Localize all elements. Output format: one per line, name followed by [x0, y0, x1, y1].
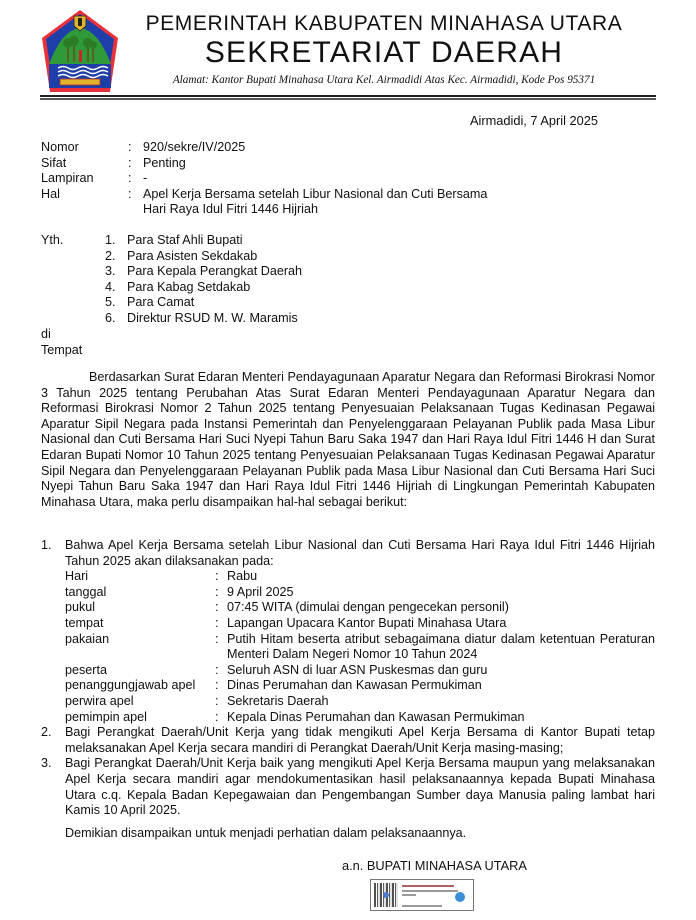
detail-row-pukul: pukul : 07:45 WITA (dimulai dengan penge…: [65, 600, 655, 616]
recipient-number: 3.: [105, 264, 127, 280]
detail-key: penanggungjawab apel: [65, 678, 215, 694]
regency-crest-logo: [40, 8, 120, 94]
meta-key: Lampiran: [41, 171, 128, 187]
detail-value: 9 April 2025: [227, 585, 655, 601]
recipient-name: Para Kepala Perangkat Daerah: [127, 264, 302, 280]
recipient-name: Para Kabag Setdakab: [127, 280, 250, 296]
detail-row-perwira: perwira apel : Sekretaris Daerah: [65, 694, 655, 710]
detail-sep: :: [215, 710, 227, 726]
letterhead-address: Alamat: Kantor Bupati Minahasa Utara Kel…: [120, 74, 648, 86]
recipient-tempat: Tempat: [41, 343, 82, 359]
detail-sep: :: [215, 585, 227, 601]
meta-sep: :: [128, 140, 143, 156]
esign-text-line: [402, 885, 454, 887]
recipient-number: 6.: [105, 311, 127, 327]
recipient-name: Para Camat: [127, 295, 194, 311]
subject-line-2: Hari Raya Idul Fitri 1446 Hijriah: [143, 202, 318, 216]
recipient-row: 4. Para Kabag Setdakab: [41, 280, 661, 296]
meta-value: -: [143, 171, 661, 187]
detail-row-tanggal: tanggal : 9 April 2025: [65, 585, 655, 601]
recipient-location: di Tempat: [41, 327, 82, 358]
detail-row-penanggungjawab: penanggungjawab apel : Dinas Perumahan d…: [65, 678, 655, 694]
meta-row-hal: Hal : Apel Kerja Bersama setelah Libur N…: [41, 187, 661, 218]
detail-sep: :: [215, 600, 227, 616]
detail-key: tanggal: [65, 585, 215, 601]
meta-row-sifat: Sifat : Penting: [41, 156, 661, 172]
meta-sep: :: [128, 187, 143, 218]
letter-meta: Nomor : 920/sekre/IV/2025 Sifat : Pentin…: [41, 140, 661, 218]
letterhead-rule-top: [40, 95, 656, 97]
meta-sep: :: [128, 171, 143, 187]
detail-sep: :: [215, 678, 227, 694]
recipient-row: Yth. 1. Para Staf Ahli Bupati: [41, 233, 661, 249]
detail-key: peserta: [65, 663, 215, 679]
recipient-row: 2. Para Asisten Sekdakab: [41, 249, 661, 265]
meta-value: Apel Kerja Bersama setelah Libur Nasiona…: [143, 187, 661, 218]
detail-value: Seluruh ASN di luar ASN Puskesmas dan gu…: [227, 663, 655, 679]
meta-row-lampiran: Lampiran : -: [41, 171, 661, 187]
detail-value: Lapangan Upacara Kantor Bupati Minahasa …: [227, 616, 655, 632]
detail-value: Rabu: [227, 569, 655, 585]
meta-row-nomor: Nomor : 920/sekre/IV/2025: [41, 140, 661, 156]
recipient-name: Direktur RSUD M. W. Maramis: [127, 311, 298, 327]
point-text: Bahwa Apel Kerja Bersama setelah Libur N…: [65, 538, 655, 569]
qr-code-icon: [374, 883, 398, 907]
signatory-title: a.n. BUPATI MINAHASA UTARA: [342, 858, 527, 873]
detail-row-pakaian: pakaian : Putih Hitam beserta atribut se…: [65, 632, 655, 663]
point-item: 2. Bagi Perangkat Daerah/Unit Kerja yang…: [41, 725, 655, 756]
recipient-number: 2.: [105, 249, 127, 265]
letterhead-rule-bottom: [40, 98, 656, 100]
detail-value: Dinas Perumahan dan Kawasan Permukiman: [227, 678, 655, 694]
detail-key: pukul: [65, 600, 215, 616]
esign-text-line: [402, 905, 442, 907]
detail-key: Hari: [65, 569, 215, 585]
bsre-badge-icon: [455, 892, 465, 902]
meta-key: Hal: [41, 187, 128, 218]
esign-text-line: [402, 894, 416, 896]
letter-date: Airmadidi, 7 April 2025: [470, 113, 598, 128]
detail-value: Putih Hitam beserta atribut sebagaimana …: [227, 632, 655, 663]
closing-statement: Demikian disampaikan untuk menjadi perha…: [65, 826, 466, 842]
recipient-number: 1.: [105, 233, 127, 249]
recipients: Yth. 1. Para Staf Ahli Bupati 2. Para As…: [41, 233, 661, 327]
recipient-row: 5. Para Camat: [41, 295, 661, 311]
recipient-number: 4.: [105, 280, 127, 296]
detail-key: tempat: [65, 616, 215, 632]
point-number: 3.: [41, 756, 65, 818]
detail-sep: :: [215, 663, 227, 679]
opening-paragraph: Berdasarkan Surat Edaran Menteri Pendaya…: [41, 370, 655, 510]
detail-sep: :: [215, 569, 227, 585]
esign-text-line: [402, 890, 458, 892]
point-item: 1. Bahwa Apel Kerja Bersama setelah Libu…: [41, 538, 655, 569]
meta-value: Penting: [143, 156, 661, 172]
recipient-name: Para Staf Ahli Bupati: [127, 233, 243, 249]
event-details: Hari : Rabu tanggal : 9 April 2025 pukul…: [65, 569, 655, 725]
point-text: Bagi Perangkat Daerah/Unit Kerja baik ya…: [65, 756, 655, 818]
detail-row-tempat: tempat : Lapangan Upacara Kantor Bupati …: [65, 616, 655, 632]
detail-sep: :: [215, 632, 227, 663]
recipients-label: Yth.: [41, 233, 105, 249]
detail-row-pemimpin: pemimpin apel : Kepala Dinas Perumahan d…: [65, 710, 655, 726]
recipient-di: di: [41, 327, 82, 343]
points-list: 1. Bahwa Apel Kerja Bersama setelah Libu…: [41, 538, 655, 819]
meta-key: Sifat: [41, 156, 128, 172]
meta-value: 920/sekre/IV/2025: [143, 140, 661, 156]
letterhead-government-name: PEMERINTAH KABUPATEN MINAHASA UTARA: [120, 12, 648, 36]
subject-line-1: Apel Kerja Bersama setelah Libur Nasiona…: [143, 187, 487, 201]
point-text: Bagi Perangkat Daerah/Unit Kerja yang ti…: [65, 725, 655, 756]
point-item: 3. Bagi Perangkat Daerah/Unit Kerja baik…: [41, 756, 655, 818]
recipient-row: 6. Direktur RSUD M. W. Maramis: [41, 311, 661, 327]
detail-row-peserta: peserta : Seluruh ASN di luar ASN Puskes…: [65, 663, 655, 679]
recipient-row: 3. Para Kepala Perangkat Daerah: [41, 264, 661, 280]
electronic-signature-box: [370, 879, 474, 911]
detail-value: Kepala Dinas Perumahan dan Kawasan Permu…: [227, 710, 655, 726]
detail-row-hari: Hari : Rabu: [65, 569, 655, 585]
detail-key: perwira apel: [65, 694, 215, 710]
recipient-name: Para Asisten Sekdakab: [127, 249, 257, 265]
recipient-number: 5.: [105, 295, 127, 311]
point-number: 2.: [41, 725, 65, 756]
detail-sep: :: [215, 694, 227, 710]
detail-sep: :: [215, 616, 227, 632]
letterhead-office-name: SEKRETARIAT DAERAH: [120, 36, 648, 70]
detail-value: Sekretaris Daerah: [227, 694, 655, 710]
detail-key: pakaian: [65, 632, 215, 663]
crest-icon: [40, 8, 120, 94]
detail-key: pemimpin apel: [65, 710, 215, 726]
meta-sep: :: [128, 156, 143, 172]
meta-key: Nomor: [41, 140, 128, 156]
point-number: 1.: [41, 538, 65, 569]
detail-value: 07:45 WITA (dimulai dengan pengecekan pe…: [227, 600, 655, 616]
